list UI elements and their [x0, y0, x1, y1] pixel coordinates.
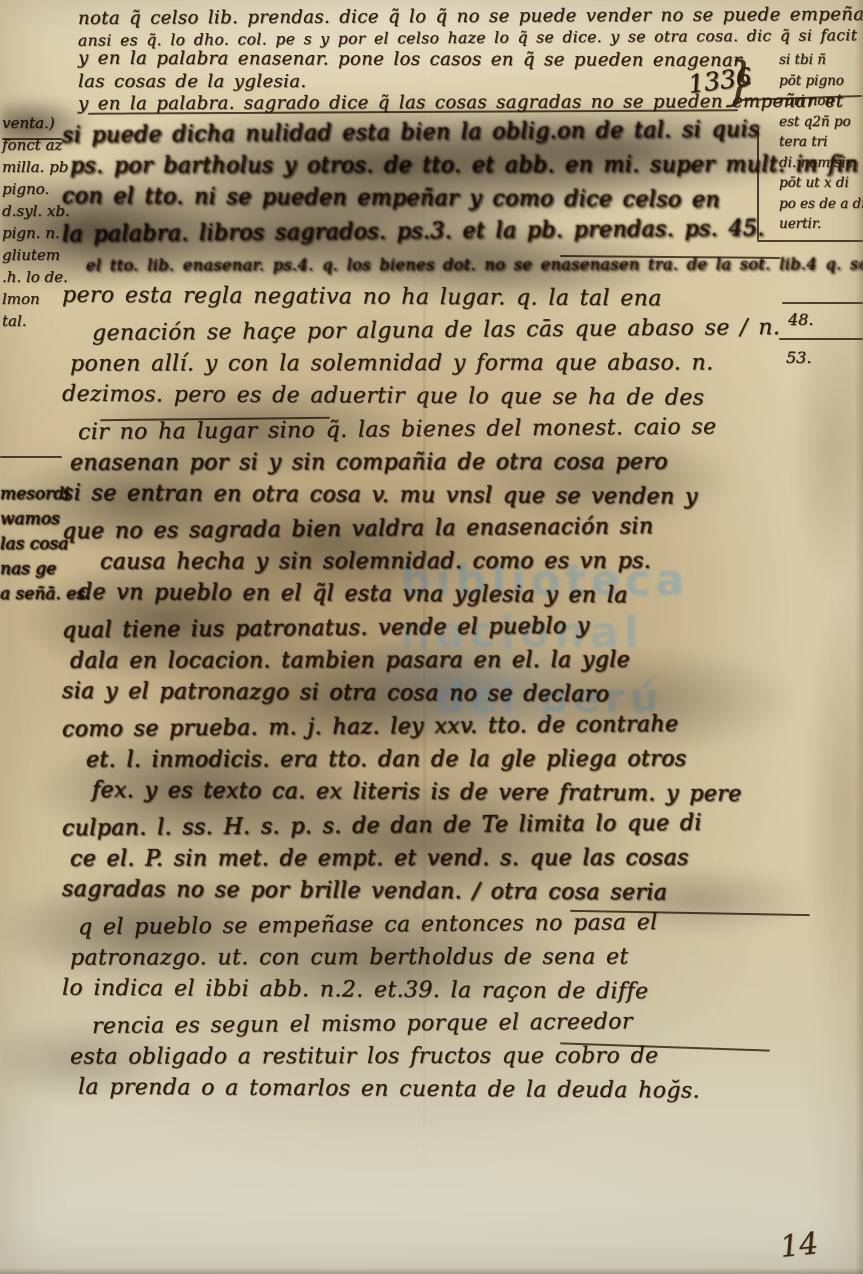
text-line: causa hecha y sin solemnidad. como es vn… — [100, 544, 810, 578]
text-line: dala en locacion. tambien pasara en el. … — [70, 643, 810, 677]
margin-note: venta.) — [2, 112, 82, 134]
margin-note: lmon — [2, 288, 82, 310]
margin-note: mesordi — [0, 482, 90, 507]
text-line: culpan. l. ss. H. s. p. s. de dan de Te … — [62, 806, 802, 845]
left-margin-notes-upper: venta.) fonct az milla. pb pigno. d.syl.… — [2, 112, 82, 332]
text-line: qual tiene ius patronatus. vende el pueb… — [62, 608, 802, 647]
brace-glyph: } — [724, 52, 757, 112]
text-line: cir no ha lugar sino q̃. las bienes del … — [78, 410, 802, 449]
text-line: el tto. lib. enasenar. ps.4. q. los bien… — [86, 247, 810, 281]
text-line: con el tto. ni se pueden empeñar y como … — [62, 180, 802, 218]
text-line: genación se haçe por alguna de las cās q… — [92, 311, 802, 350]
margin-note: tera tri — [779, 132, 863, 153]
margin-note: wamos — [0, 507, 90, 532]
text-line: la palabra. libros sagrados. ps.3. et la… — [62, 212, 802, 251]
margin-bracket-rule — [757, 240, 863, 242]
margin-note: di. nam sic — [779, 153, 863, 174]
folio-number: 14 — [778, 1226, 820, 1265]
margin-note: pōt pigno — [779, 71, 863, 92]
margin-bracket-rule — [757, 128, 759, 240]
margin-note: milla. pb — [2, 156, 82, 178]
text-line: pero esta regla negativa no ha lugar. q.… — [62, 279, 802, 317]
margin-note: pōt ut x di — [779, 173, 863, 194]
margin-note: pign. n. — [2, 222, 82, 244]
left-margin-notes-lower: mesordi wamos las cosa nas ge a señā. es… — [0, 482, 90, 607]
text-line: esta obligado a restituir los fructos qu… — [70, 1039, 810, 1073]
margin-note: a señā. es. — [0, 582, 90, 607]
text-line: si se entran en otra cosa v. mu vnsl que… — [62, 477, 802, 515]
underline-rule — [779, 338, 863, 340]
text-line: la prenda o a tomarlos en cuenta de la d… — [78, 1071, 802, 1108]
text-line: sia y el patronazgo si otra cosa no se d… — [62, 675, 802, 713]
text-line: q el pueblo se empeñase ca entonces no p… — [78, 905, 802, 944]
margin-note: nas ge — [0, 557, 90, 582]
margin-note: tal. — [2, 310, 82, 332]
margin-ref-53: 53. — [786, 348, 811, 367]
text-line: fex. y es texto ca. ex literis is de ver… — [92, 774, 802, 811]
text-line: ps. por bartholus y otros. de tto. et ab… — [70, 148, 810, 182]
manuscript-page: biblioteca nacional del perú nota q̃ cel… — [0, 0, 863, 1274]
text-line: ce el. P. sin met. de empt. et vend. s. … — [70, 841, 810, 875]
margin-note: d.syl. xb. — [2, 200, 82, 222]
right-margin-notes: si tbi ñ pōt pigno rari non est q2ñ po t… — [779, 50, 863, 235]
text-line: dezimos. pero es de aduertir que lo que … — [62, 378, 802, 416]
underline-rule — [782, 302, 863, 304]
text-line: enasenan por si y sin compañia de otra c… — [70, 445, 810, 479]
main-text-block: si puede dicha nulidad esta bien la obli… — [62, 116, 802, 1106]
margin-note: est q2ñ po — [779, 112, 863, 133]
margin-note: uertir. — [779, 214, 863, 235]
text-line: que no es sagrada bien valdra la enasena… — [62, 509, 802, 548]
margin-note: po es de a di — [779, 194, 863, 215]
paper-crease — [423, 40, 426, 1190]
text-line: ponen allí. y con la solemnidad y forma … — [70, 346, 810, 380]
text-line: patronazgo. ut. con cum bertholdus de se… — [70, 940, 810, 974]
underline-rule — [2, 138, 62, 140]
margin-divider-rule — [0, 456, 62, 458]
text-line: lo indica el ibbi abb. n.2. et.39. la ra… — [62, 972, 802, 1010]
text-line: de vn pueblo en el q̃l esta vna yglesia … — [78, 576, 802, 613]
text-line: como se prueba. m. j. haz. ley xxv. tto.… — [62, 707, 802, 746]
margin-ref-48: 48. — [788, 310, 813, 329]
text-line: rencia es segun el mismo porque el acree… — [92, 1004, 802, 1043]
margin-note: rari non — [779, 91, 863, 112]
page-right-edge — [855, 0, 863, 1274]
margin-note: .h. lo de. — [2, 266, 82, 288]
text-line: et. l. inmodicis. era tto. dan de la gle… — [86, 742, 810, 776]
text-line: sagradas no se por brille vendan. / otra… — [62, 873, 802, 911]
margin-note: pigno. — [2, 178, 82, 200]
text-line: si puede dicha nulidad esta bien la obli… — [62, 113, 802, 152]
margin-note: las cosa — [0, 532, 90, 557]
margin-note: si tbi ñ — [779, 50, 863, 71]
page-bottom-edge — [0, 1268, 863, 1274]
margin-note: gliutem — [2, 244, 82, 266]
